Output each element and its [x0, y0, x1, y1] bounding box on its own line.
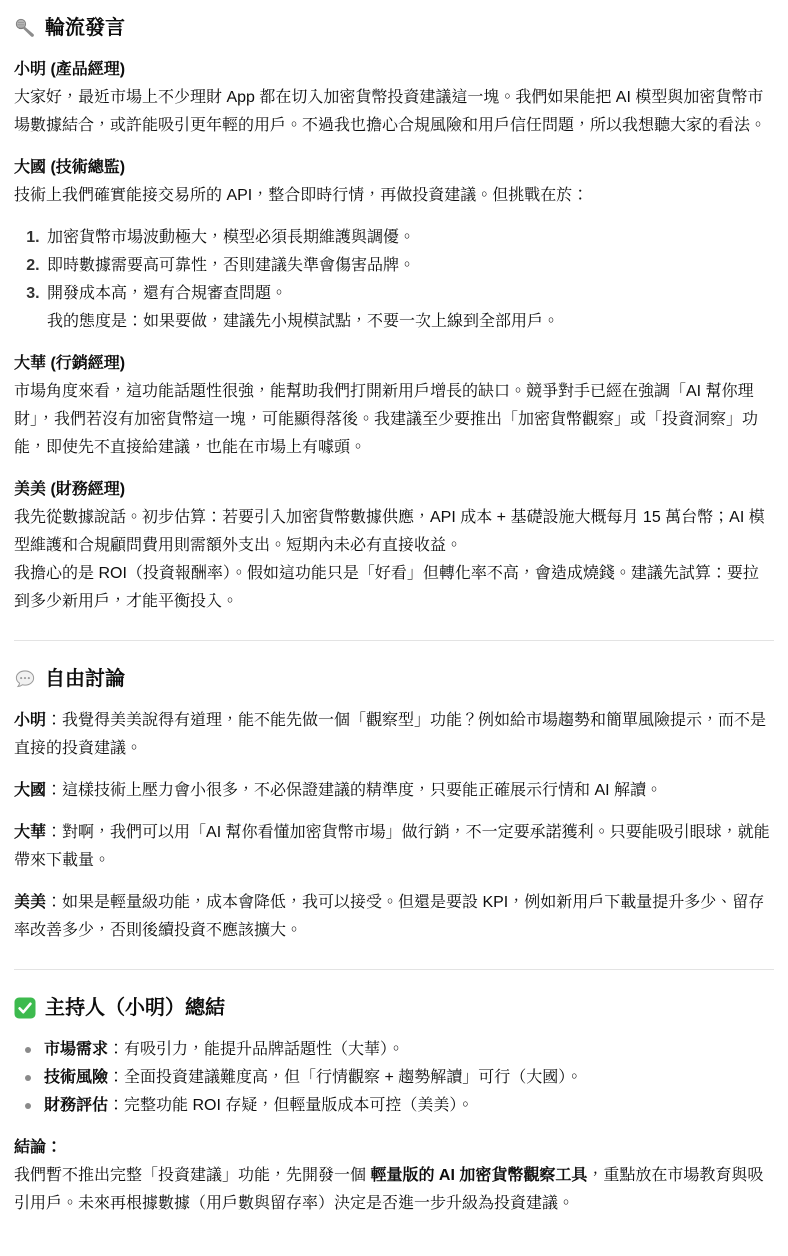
remark-text: ：對啊，我們可以用「AI 幫你看懂加密貨幣市場」做行銷，不一定要承諾獲利。只要能…: [14, 824, 770, 869]
summary-list: 市場需求：有吸引力，能提升品牌話題性（大華）。 技術風險：全面投資建議難度高，但…: [14, 1036, 774, 1120]
remark-text: ：我覺得美美說得有道理，能不能先做一個「觀察型」功能？例如給市場趨勢和簡單風險提…: [14, 712, 766, 757]
list-item: 開發成本高，還有合規審查問題。我的態度是：如果要做，建議先小規模試點，不要一次上…: [44, 280, 774, 336]
point-label: 財務評估: [44, 1097, 108, 1114]
speech-text: 我先從數據說話。初步估算：若要引入加密貨幣數據供應，API 成本 + 基礎設施大…: [14, 509, 765, 610]
speaker-name: 小明 (產品經理): [14, 61, 125, 78]
summary-point: 技術風險：全面投資建議難度高，但「行情觀察 + 趨勢解讀」可行（大國）。: [44, 1064, 774, 1092]
point-text: ：有吸引力，能提升品牌話題性（大華）。: [108, 1041, 404, 1058]
point-label: 市場需求: [44, 1041, 108, 1058]
section-heading-open-discussion: 自由討論: [14, 665, 774, 693]
section-divider: [14, 969, 774, 970]
speaker-name: 小明: [14, 712, 46, 729]
list-item: 加密貨幣市場波動極大，模型必須長期維護與調優。: [44, 224, 774, 252]
section-title: 主持人（小明）總結: [45, 994, 225, 1022]
point-text: ：完整功能 ROI 存疑，但輕量版成本可控（美美）。: [108, 1097, 473, 1114]
speech-text: 大家好，最近市場上不少理財 App 都在切入加密貨幣投資建議這一塊。我們如果能把…: [14, 89, 766, 134]
speaker-name: 美美: [14, 894, 46, 911]
remark-daguo: 大國：這樣技術上壓力會小很多，不必保證建議的精準度，只要能正確展示行情和 AI …: [14, 777, 774, 805]
remark-dahua: 大華：對啊，我們可以用「AI 幫你看懂加密貨幣市場」做行銷，不一定要承諾獲利。只…: [14, 819, 774, 875]
speaker-name: 美美 (財務經理): [14, 481, 125, 498]
list-item: 即時數據需要高可靠性，否則建議失準會傷害品牌。: [44, 252, 774, 280]
section-heading-round-speeches: 輪流發言: [14, 14, 774, 42]
summary-point: 財務評估：完整功能 ROI 存疑，但輕量版成本可控（美美）。: [44, 1092, 774, 1120]
speech-dahua: 大華 (行銷經理)市場角度來看，這功能話題性很強，能幫助我們打開新用戶增長的缺口…: [14, 350, 774, 462]
conclusion-label: 結論：: [14, 1139, 62, 1156]
speaker-name: 大國 (技術總監): [14, 159, 125, 176]
speech-text: 技術上我們確實能接交易所的 API，整合即時行情，再做投資建議。但挑戰在於：: [14, 187, 588, 204]
remark-xiaoming: 小明：我覺得美美說得有道理，能不能先做一個「觀察型」功能？例如給市場趨勢和簡單風…: [14, 707, 774, 763]
speech-balloon-icon: [14, 668, 36, 690]
speaker-name: 大華 (行銷經理): [14, 355, 125, 372]
remark-meimei: 美美：如果是輕量級功能，成本會降低，我可以接受。但還是要設 KPI，例如新用戶下…: [14, 889, 774, 945]
section-title: 輪流發言: [45, 14, 125, 42]
speech-text: 市場角度來看，這功能話題性很強，能幫助我們打開新用戶增長的缺口。競爭對手已經在強…: [14, 383, 758, 456]
speech-xiaoming: 小明 (產品經理)大家好，最近市場上不少理財 App 都在切入加密貨幣投資建議這…: [14, 56, 774, 140]
remark-text: ：如果是輕量級功能，成本會降低，我可以接受。但還是要設 KPI，例如新用戶下載量…: [14, 894, 764, 939]
microphone-icon: [14, 17, 36, 39]
check-mark-icon: [14, 997, 36, 1019]
challenge-list: 加密貨幣市場波動極大，模型必須長期維護與調優。 即時數據需要高可靠性，否則建議失…: [14, 224, 774, 336]
conclusion: 結論：我們暫不推出完整「投資建議」功能，先開發一個 輕量版的 AI 加密貨幣觀察…: [14, 1134, 774, 1218]
speaker-name: 大國: [14, 782, 46, 799]
speech-meimei: 美美 (財務經理)我先從數據說話。初步估算：若要引入加密貨幣數據供應，API 成…: [14, 476, 774, 616]
conclusion-text: 我們暫不推出完整「投資建議」功能，先開發一個 輕量版的 AI 加密貨幣觀察工具，…: [14, 1167, 763, 1212]
point-label: 技術風險: [44, 1069, 108, 1086]
speech-daguo: 大國 (技術總監)技術上我們確實能接交易所的 API，整合即時行情，再做投資建議…: [14, 154, 774, 210]
remark-text: ：這樣技術上壓力會小很多，不必保證建議的精準度，只要能正確展示行情和 AI 解讀…: [46, 782, 662, 799]
section-heading-summary: 主持人（小明）總結: [14, 994, 774, 1022]
summary-point: 市場需求：有吸引力，能提升品牌話題性（大華）。: [44, 1036, 774, 1064]
speaker-name: 大華: [14, 824, 46, 841]
section-title: 自由討論: [45, 665, 125, 693]
meeting-transcript-document: 輪流發言 小明 (產品經理)大家好，最近市場上不少理財 App 都在切入加密貨幣…: [0, 0, 788, 1256]
section-divider: [14, 640, 774, 641]
point-text: ：全面投資建議難度高，但「行情觀察 + 趨勢解讀」可行（大國）。: [108, 1069, 582, 1086]
